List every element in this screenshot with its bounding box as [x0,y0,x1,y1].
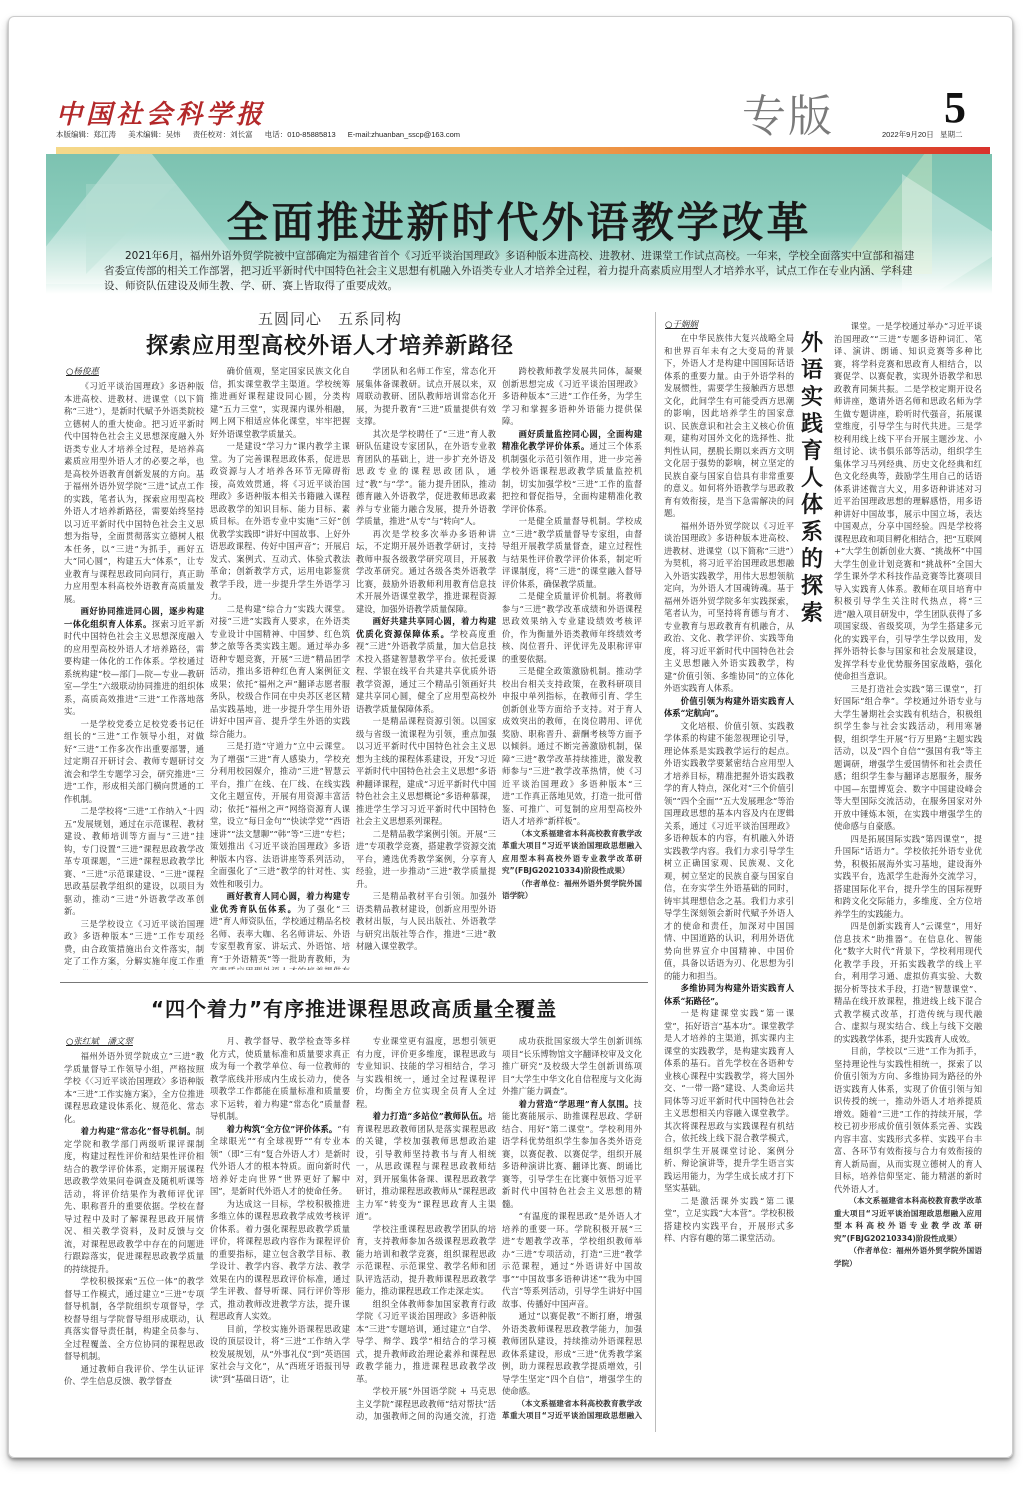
article-paragraph: 二是构建“综合力”实践大课堂。对接“三进”实践育人要求，在外语类专业设计中国精神… [210,603,350,741]
article-paragraph: 着力打造“多站位”教师队伍。培育课程思政教师团队是落实课程思政的关键，学校加强教… [356,1110,496,1223]
credit-proofreader: 责任校对：刘长富 [193,130,253,139]
article-paragraph: 《习近平谈治国理政》多语种版本进高校、进教材、进课堂（以下简称“三进”），是新时… [64,380,204,605]
credit-email: E-mail:zhuanban_sscp@163.com [348,130,460,139]
article-paragraph: 跨校教师教学发展共同体，凝聚创新思想完成《习近平谈治国理政》多语种版本“三进”工… [502,365,642,428]
banner: 全面推进新时代外语教学改革 2021年6月，福州外语外贸学院被中宣部确定为福建省… [46,154,992,294]
article-paragraph: 三是学校设立《习近平谈治国理政》多语种版本“三进”工作专项经费，由合政策措施出台… [64,918,204,971]
section-subheading: 画好质量监控同心圆，全面构建精准化教学评价体系。 [502,429,642,452]
article-paragraph: 月、教学督导、教学检查等多样化方式，使质量标准和质量要求真正成为每一个教学单位、… [210,1035,350,1123]
article2-column: 在中华民族伟大复兴战略全局和世界百年未有之大变局的背景下，外语人才是构建中国国际… [664,332,794,1417]
article-paragraph: 画好教育人同心圆，着力构建专业优秀育队伍体系。为了强化“三进”育人师资队伍，学校… [210,890,350,970]
article-paragraph: 学团队和名师工作室，常态化开展集体备课教研。试点开展以来，双周联动教研、团队教师… [356,365,496,428]
article-paragraph: 学校注重课程思政教学团队的培育，支持教师参加各级课程思政教学能力培训和教学竞赛，… [356,1223,496,1298]
article-note: （本文系福建省本科高校教育教学改革重大项目“习近平谈治国理政思想融入应用型本科高… [502,828,642,878]
article-paragraph: 一是学校党委立足校党委书记任组长的“三进”工作领导小组，对做好“三进”工作多次作… [64,718,204,806]
section-subheading: 画好教育人同心圆，着力构建专业优秀育队伍体系。 [210,891,350,914]
article3-header: “四个着力”有序推进课程思政高质量全覆盖 [60,993,648,1022]
article1-kicker: 五圆同心 五系同构 [60,308,600,329]
article-paragraph: “有温度的课程思政”是外语人才培养的重要一环。学院积极开展“三进”专题教学改革，… [502,1210,642,1310]
issue-date: 2022年9月20日 [882,130,934,139]
article-paragraph: 四是拓展国际实践“第四课堂”，提升国际“话语力”。学校依托外语专业优势，积极拓展… [834,833,982,921]
article-paragraph: 三是打造“守道力”立中云课堂。为了增强“三进”育人感染力，学校充分利用校园媒介，… [210,740,350,890]
header-color-bar [56,147,990,154]
article-paragraph: 文化培根、价值引领、实践教学体系的构建不能忽视理论引导，理论体系是实践教学运行的… [664,720,794,983]
article-paragraph: 价值引领为构建外语实践育人体系“定航向”。 [664,695,794,720]
article-paragraph: 目前，学校以“三进”工作为抓手，坚持理论性与实践性相统一，探索了以价值引领为方向… [834,1045,982,1195]
article3-column: 成功获批国家级大学生创新训练项目“长乐博物馆文字翻译校审及文化推广研究”及校级大… [502,1035,642,1422]
article-paragraph: 通过“以赛促教”不断打磨，增强外语类教师课程思政教学能力，加强教师团队建设，持续… [502,1310,642,1398]
article-paragraph: 在中华民族伟大复兴战略全局和世界百年未有之大变局的背景下，外语人才是构建中国国际… [664,332,794,520]
article-paragraph: 通过教师自我评价、学生认证评价、学生信息反馈、教学督查 [64,1363,204,1388]
article-paragraph: 确价值观，坚定国家民族文化自信，抓实课堂教学主渠道。学校统筹推进画好课程建设同心… [210,365,350,440]
section-subheading: 价值引领为构建外语实践育人体系“定航向”。 [664,696,794,719]
article-paragraph: 二是学校将“三进”工作纳入“十四五”发展规划，通过在示范课程、教材建设、教师培训… [64,805,204,918]
article-paragraph: 着力营造“学思理”育人氛围。技能比赛能展示、助推课程思政、学研结合、用好“第二课… [502,1098,642,1211]
article-paragraph: 专业课堂更有温度，思想引领更有力度，评价更多维度，课程思政与专业知识、技能的学习… [356,1035,496,1110]
dateline: 2022年9月20日 星期二 [882,129,962,140]
section-subheading: 着力构建“常态化”督导机制。 [81,1126,196,1136]
article-paragraph: 一是精品课程资源引领。以国家级与省级一流课程为引领，重点加强以习近平新时代中国特… [356,715,496,828]
article-note: （本文系福建省本科高校教育教学改革重大项目“习近平谈治国理政思想融入应用型本科高… [502,1398,642,1423]
article-paragraph: 三是打造社会实践“第三课堂”，打好国际“组合拳”。学校通过外语专业与大学生暑期社… [834,683,982,833]
section-subheading: 画好协同推进同心圆，逐步构建一体化组织育人体系。 [64,606,204,629]
article1-headline: 探索应用型高校外语人才培养新路径 [60,329,600,360]
article1-column: 跨校教师教学发展共同体，凝聚创新思想完成《习近平谈治国理政》多语种版本“三进”工… [502,365,642,970]
newspaper-logo: 中国社会科学报 [56,94,266,131]
article2-column: 课堂。一是学校通过举办“习近平谈治国理政”“三进”专题多语种词汇、笔译、演讲、朗… [834,320,982,1320]
article-note: （作者单位：福州外语外贸学院外国语学院） [834,1245,982,1270]
section-subheading: 着力营造“学思理”育人氛围。 [519,1099,634,1109]
article-paragraph: 多维协同为构建外语实践育人体系“拓路径”。 [664,982,794,1007]
banner-lead: 2021年6月，福州外语外贸学院被中宣部确定为福建省首个《习近平谈治国理政》多语… [104,249,924,294]
article-note: （本文系福建省本科高校教育教学改革重大项目“习近平谈治国理政思想融入应用型本科高… [834,1195,982,1245]
article-paragraph: 再次是学校多次举办多语种讲坛，不定期开展外语教学研讨，支持教师申报各级教学研究项… [356,528,496,616]
credit-art-editor: 美术编辑：吴炜 [128,130,181,139]
page-number: 5 [944,82,966,133]
article-paragraph: 四是创新实践育人“云课堂”，用好信息技术“助推器”。在信息化、智能化“数字大时代… [834,920,982,1045]
article1-byline: ○杨俊惠 [66,365,99,377]
section-subheading: 多维协同为构建外语实践育人体系“拓路径”。 [664,983,794,1006]
article-paragraph: 二是精品教学案例引领。开展“三进”专项教学竞赛，搭建教学资源交流平台，遴选优秀教… [356,828,496,891]
article-paragraph: 二是激活课外实践“第二课堂”，立足实践“大本营”。学校积极搭建校内实践平台，开展… [664,1195,794,1245]
credit-editor: 本版编辑：郑江涛 [56,130,116,139]
article-paragraph: 着力构筑“全方位”评价体系。“有全球眼光”“有全球视野”“有专业本领”（即“三有… [210,1123,350,1198]
section-subheading: 画好共建共享同心圆，着力构建优质化资源保障体系。 [356,616,496,639]
article3-column: 月、教学督导、教学检查等多样化方式，使质量标准和质量要求真正成为每一个教学单位、… [210,1035,350,1422]
article-paragraph: 组织全体教师参加国家教育行政学院《习近平谈治国理政》多语种版本“三进”专题培训，… [356,1298,496,1386]
article-paragraph: 学校积极探索“五位一体”的教学督导工作模式，通过建立“三进”专项督导机制，各学院… [64,1275,204,1363]
article-paragraph: 其次是学校聘任了“三进”育人教研队伍建设专家团队，在外语专业教育团队的基础上，进… [356,428,496,528]
section-subheading: 着力构筑“全方位”评价体系。 [227,1124,338,1134]
banner-title: 全面推进新时代外语教学改革 [46,190,992,250]
article3-byline: ○张红斌 潘文翠 [66,1035,133,1047]
section-subheading: 着力打造“多站位”教师队伍。 [373,1111,488,1121]
article1-header: 五圆同心 五系同构 探索应用型高校外语人才培养新路径 [60,308,600,360]
masthead: 中国社会科学报 本版编辑：郑江涛 美术编辑：吴炜 责任校对：刘长富 电话：010… [56,92,986,152]
article1-column: 《习近平谈治国理政》多语种版本进高校、进教材、进课堂（以下简称“三进”），是新时… [64,380,204,970]
article-paragraph: 画好质量监控同心圆，全面构建精准化教学评价体系。通过三个体系机制强化示范引领作用… [502,428,642,516]
article-paragraph: 二是健全质量评价机制。将教师参与“三进”教学改革成绩和外语课程思政效果纳入专业建… [502,590,642,665]
article-paragraph: 着力构建“常态化”督导机制。制定学院和教学部门两级听课评课制度，构建过程性评价和… [64,1125,204,1275]
article-paragraph: 福州外语外贸学院成立“三进”教学质量督导工作领导小组，严格按照学校《〈习近平谈治… [64,1050,204,1125]
editor-credits: 本版编辑：郑江涛 美术编辑：吴炜 责任校对：刘长富 电话：010-8588581… [56,129,470,140]
article2-byline: ○于娴娴 [665,318,698,330]
article1-column: 学团队和名师工作室，常态化开展集体备课教研。试点开展以来，双周联动教研、团队教师… [356,365,496,970]
article-paragraph: 三是精品教材平台引领。加强外语类精品教材建设，创新应用型外语教材出版，与人民出版… [356,890,496,953]
article-paragraph: 画好协同推进同心圆，逐步构建一体化组织育人体系。探索习近平新时代中国特色社会主义… [64,605,204,718]
article-paragraph: 福州外语外贸学院以《习近平谈治国理政》多语种版本进高校、进教材、进课堂（以下简称… [664,520,794,695]
article-paragraph: 一是构建课堂实践“第一课堂”，拓好语言“基本功”。课堂教学是人才培养的主渠道，抓… [664,1007,794,1195]
article-paragraph: 成功获批国家级大学生创新训练项目“长乐博物馆文字翻译校审及文化推广研究”及校级大… [502,1035,642,1098]
article-paragraph: 一是健全质量督导机制。学校成立“三进”教学质量督导专家组，由督导组开展教学质量督… [502,515,642,590]
column-divider [655,312,656,1432]
article2-vertical-headline: 外语实践育人体系的探索 [800,330,824,627]
article-paragraph: 一是建设“学习力”课内教学主课堂。为了完善课程思政体系，促进思政资源与人才培养各… [210,440,350,603]
article-paragraph: 课堂。一是学校通过举办“习近平谈治国理政”“三进”专题多语种词汇、笔译、演讲、朗… [834,320,982,683]
article1-column: 确价值观，坚定国家民族文化自信，抓实课堂教学主渠道。学校统筹推进画好课程建设同心… [210,365,350,970]
credit-phone: 电话：010-85885813 [265,130,336,139]
article-note: （作者单位：福州外语外贸学院外国语学院） [502,878,642,903]
article-paragraph: 目前，学校实施外语课程思政建设的顶层设计，将“三进”工作纳入学校发展规划，从“外… [210,1323,350,1386]
article3-column: 专业课堂更有温度，思想引领更有力度，评价更多维度，课程思政与专业知识、技能的学习… [356,1035,496,1422]
section-label: 专版 [742,80,834,144]
article-paragraph: 为达成这一目标，学校积极推进多维立体的课程思政教学成效考核评价体系。着力强化课程… [210,1198,350,1323]
article-paragraph: 画好共建共享同心圆，着力构建优质化资源保障体系。学校高度重视“三进”外语教学质量… [356,615,496,715]
article-paragraph: 学校开展“外国语学院 + 马克思主义学院”课程思政教师“结对帮扶”活动，加强教师… [356,1385,496,1422]
issue-weekday: 星期二 [940,130,963,139]
divider [60,982,648,983]
article3-column: 福州外语外贸学院成立“三进”教学质量督导工作领导小组，严格按照学校《〈习近平谈治… [64,1050,204,1422]
article3-headline: “四个着力”有序推进课程思政高质量全覆盖 [60,993,648,1022]
article-paragraph: 三是健全政策激励机制。推动学校出台相关支持政策，在教科研项目申报中单列指标，在教… [502,665,642,828]
